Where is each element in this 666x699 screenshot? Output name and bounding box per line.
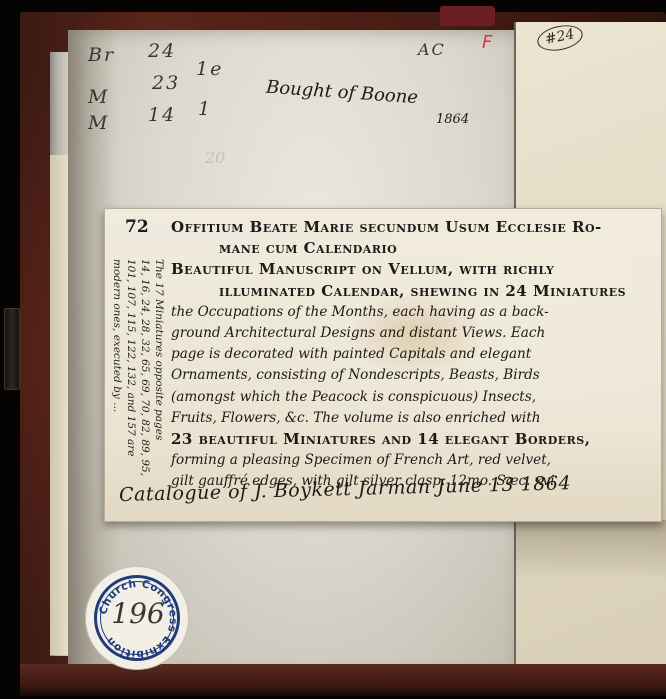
pencil-note: M [88, 86, 109, 108]
pencil-note: 23 [152, 72, 180, 94]
pencil-note: 1 [198, 98, 212, 120]
pencil-note: Br [88, 44, 115, 66]
margin-note-line: The 17 Miniatures opposite pages [153, 259, 165, 440]
entry-line: ground Architectural Designs and distant… [171, 323, 659, 344]
catalogue-entry: 72 Offitium Beate Marie secundum Usum Ec… [171, 217, 659, 493]
entry-line: Ornaments, consisting of Nondescripts, B… [171, 365, 659, 386]
label-number: 196 [86, 597, 190, 630]
faded-number: 20 [205, 148, 225, 167]
entry-line: 23 beautiful Miniatures and 14 elegant B… [171, 429, 659, 450]
pencil-note: 14 [148, 104, 176, 126]
silver-clasp [4, 308, 20, 390]
catalogue-clipping: The 17 Miniatures opposite pages 14, 16,… [104, 208, 662, 522]
entry-line: the Occupations of the Months, each havi… [171, 302, 659, 323]
right-page-shadow [514, 520, 666, 580]
margin-note-line: 101, 107, 115, 122, 132, and 157 are [125, 259, 137, 457]
entry-line: forming a pleasing Specimen of French Ar… [171, 450, 659, 471]
margin-note-line: modern ones, executed by ... [111, 259, 123, 412]
entry-line: illuminated Calendar, shewing in 24 Mini… [171, 281, 659, 302]
pencil-note: 1e [196, 58, 223, 80]
margin-note-line: 14, 16, 24, 28, 32, 65, 69, 70, 82, 89, … [139, 259, 151, 476]
exhibition-label: Church Congress Exhibition 196 [85, 566, 189, 670]
entry-line: Beautiful Manuscript on Vellum, with ric… [171, 259, 659, 280]
red-pencil-mark: F [482, 32, 492, 53]
purchase-year: 1864 [436, 112, 469, 127]
handwritten-margin-note: The 17 Miniatures opposite pages 14, 16,… [111, 259, 169, 499]
entry-title-cont: mane cum Calendario [171, 238, 659, 259]
ribbon-marker [440, 6, 495, 26]
entry-line: Fruits, Flowers, &c. The volume is also … [171, 408, 659, 429]
pencil-note: AC [418, 40, 446, 59]
pencil-note: 24 [148, 40, 176, 62]
entry-line: page is decorated with painted Capitals … [171, 344, 659, 365]
book-photo: Br M M 24 23 14 1e 1 AC F Bought of Boon… [0, 0, 666, 699]
pencil-note: M [88, 112, 109, 134]
entry-line: (amongst which the Peacock is conspicuou… [171, 387, 659, 408]
entry-title: Offitium Beate Marie secundum Usum Eccle… [171, 217, 659, 238]
lot-number: 72 [125, 217, 149, 238]
